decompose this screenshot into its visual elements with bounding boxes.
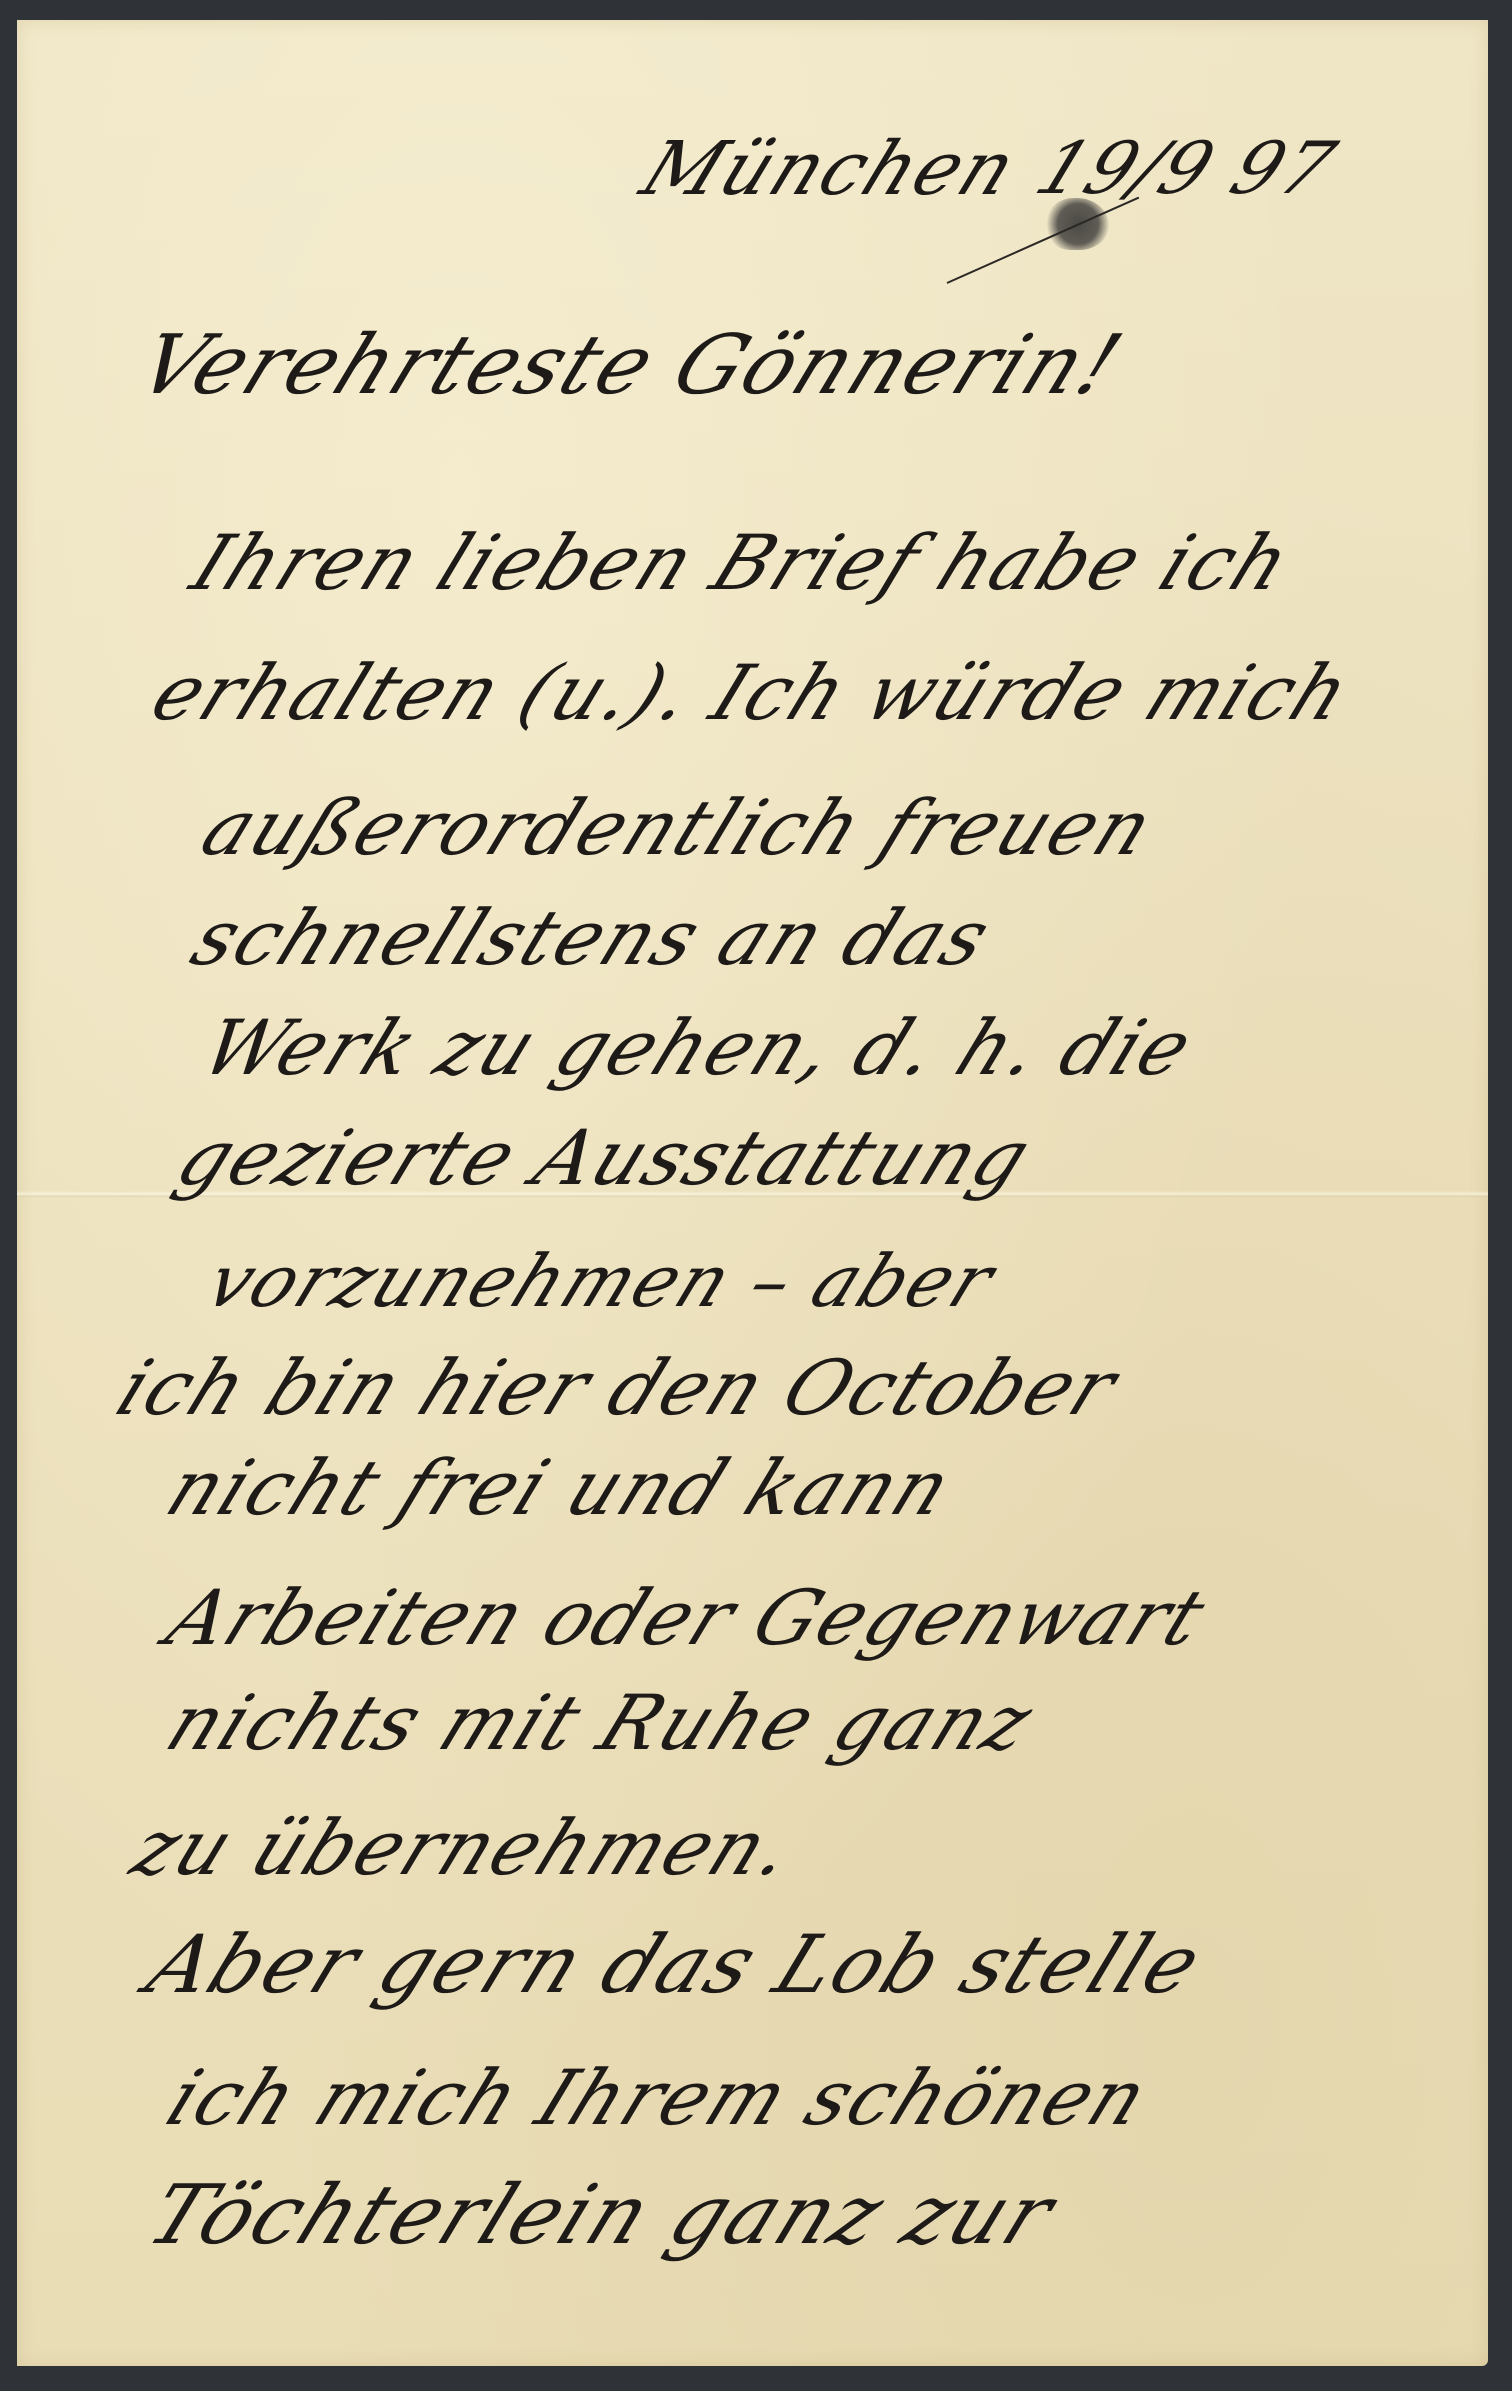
salutation: Verehrteste Gönnerin!: [127, 325, 1133, 407]
body-line-6: gezierte Ausstattung: [167, 1120, 1042, 1196]
body-line-12: zu übernehmen.: [122, 1810, 806, 1886]
body-line-7: vorzunehmen – aber: [197, 1245, 1005, 1317]
body-line-13: Aber gern das Lob stelle: [137, 1925, 1213, 2005]
body-line-4: schnellstens an das: [182, 900, 1002, 976]
body-line-10: Arbeiten oder Gegenwart: [157, 1580, 1217, 1656]
letter-date: 19/9 97: [1027, 132, 1346, 204]
body-line-3: außerordentlich freuen: [192, 790, 1165, 866]
body-line-9: nicht frei und kann: [157, 1450, 963, 1526]
body-line-5: Werk zu gehen, d. h. die: [192, 1010, 1204, 1086]
letter-page: München 19/9 97 Verehrteste Gönnerin! Ih…: [17, 20, 1488, 2366]
body-line-11: nichts mit Ruhe ganz: [157, 1685, 1044, 1761]
body-line-2: erhalten (u.). Ich würde mich: [142, 655, 1362, 731]
letter-place: München: [632, 132, 1028, 206]
body-line-1: Ihren lieben Brief habe ich: [182, 525, 1302, 601]
body-line-15: Töchterlein ganz zur: [137, 2175, 1066, 2257]
body-line-14: ich mich Ihrem schönen: [157, 2060, 1159, 2136]
body-line-8: ich bin hier den October: [107, 1350, 1128, 1426]
